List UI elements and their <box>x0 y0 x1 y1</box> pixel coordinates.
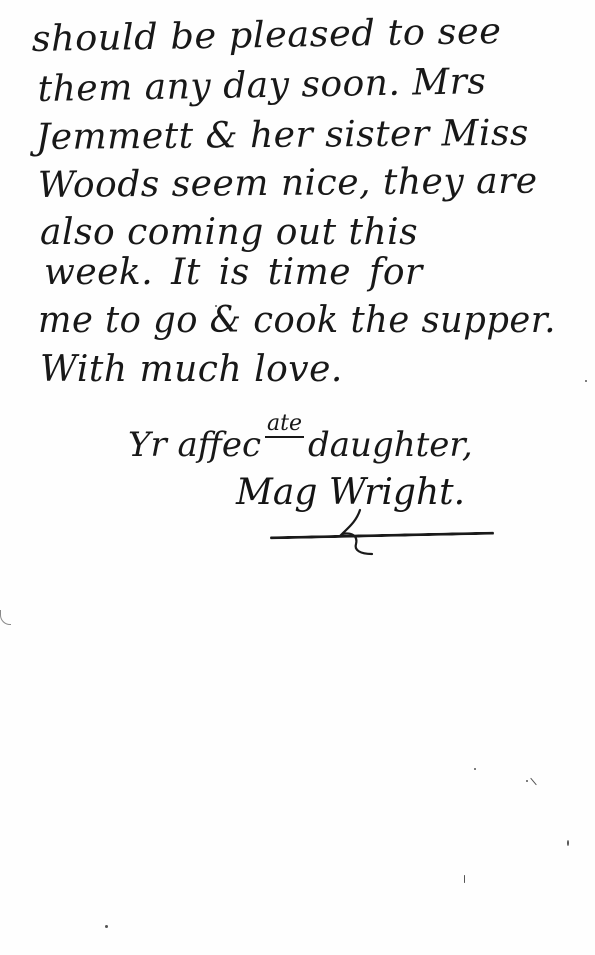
paper-speck <box>464 875 465 883</box>
letter-line-4: Woods seem nice, they are <box>38 164 538 204</box>
closing-suffix: daughter, <box>308 425 473 465</box>
letter-line-1: should be pleased to see <box>31 14 501 58</box>
letter-line-8: With much love. <box>40 352 343 388</box>
letter-page: should be pleased to see them any day so… <box>0 0 595 955</box>
closing-prefix: Yr affec <box>128 425 261 465</box>
letter-line-3: Jemmett & her sister Miss <box>36 116 529 156</box>
paper-speck <box>105 925 108 928</box>
paper-speck <box>530 778 537 786</box>
letter-line-5: also coming out this <box>40 215 418 251</box>
signature-underline <box>270 532 494 540</box>
paper-speck <box>474 768 476 770</box>
paper-edge-mark <box>0 610 11 625</box>
paper-speck <box>526 780 528 782</box>
closing-superscript: ate <box>265 411 304 438</box>
paper-speck <box>585 380 587 382</box>
letter-line-2: them any day soon. Mrs <box>37 64 486 108</box>
letter-closing: Yr affecatedaughter, <box>128 425 473 465</box>
letter-line-6: week. It is time for <box>44 255 423 291</box>
paper-speck <box>215 305 217 307</box>
signature-flourish <box>338 508 378 558</box>
signature: Mag Wright. <box>236 472 465 513</box>
letter-line-7: me to go & cook the supper. <box>38 303 556 339</box>
paper-speck <box>567 840 569 846</box>
